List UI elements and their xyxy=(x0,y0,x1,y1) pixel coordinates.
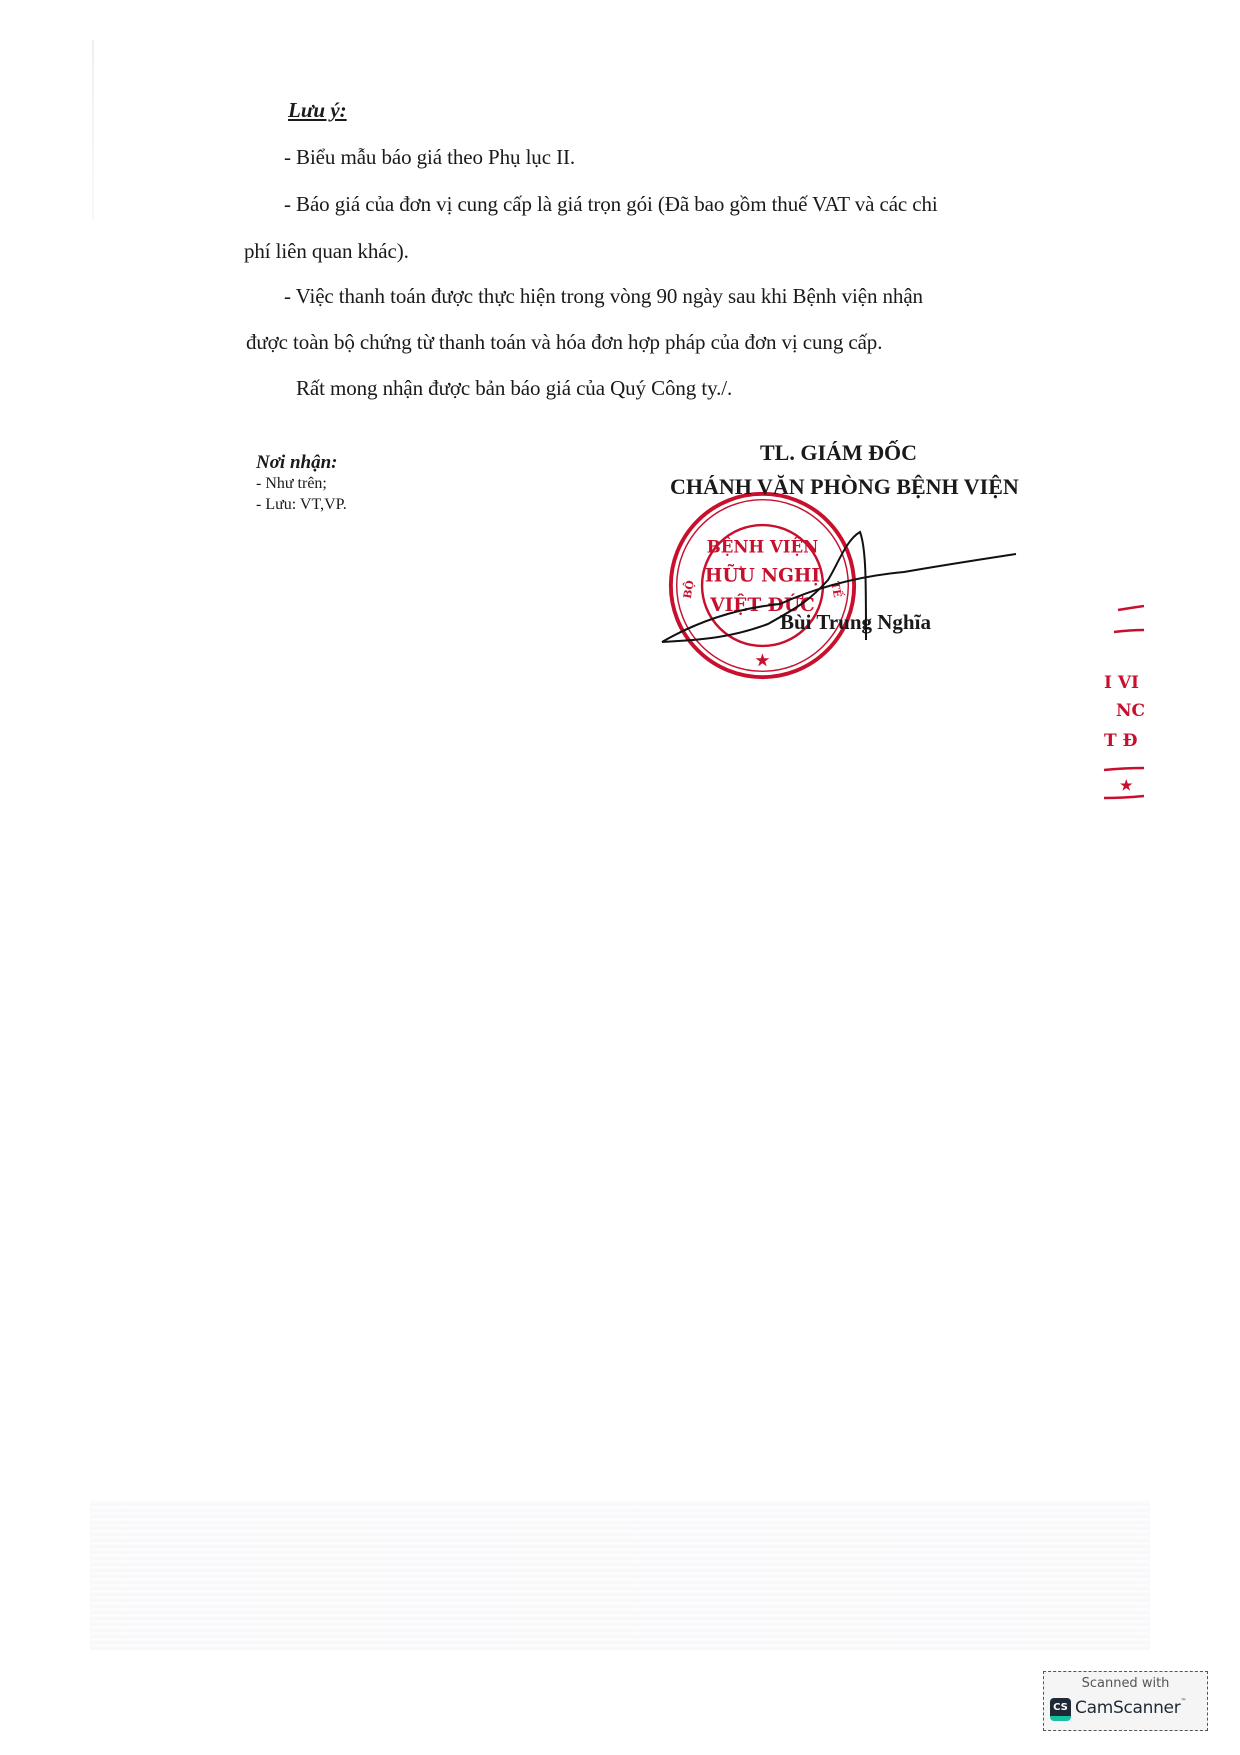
note-item: - Báo giá của đơn vị cung cấp là giá trọ… xyxy=(284,192,938,217)
partial-stamp-text: T Đ xyxy=(1104,731,1138,751)
note-item-continued: phí liên quan khác). xyxy=(244,239,409,264)
signature-title-line2: CHÁNH VĂN PHÒNG BỆNH VIỆN xyxy=(670,474,1019,500)
faded-scan-area xyxy=(90,1500,1150,1650)
camscanner-logo-icon: CS xyxy=(1050,1698,1071,1721)
camscanner-watermark: Scanned with CS CamScanner™ xyxy=(1043,1671,1208,1731)
partial-stamp-text: NC xyxy=(1116,701,1144,721)
brand-name: CamScanner xyxy=(1075,1698,1180,1718)
watermark-caption: Scanned with xyxy=(1044,1676,1207,1691)
stamp-star-icon: ★ xyxy=(756,650,771,669)
recipients-title: Nơi nhận: xyxy=(256,452,347,473)
recipient-item: - Như trên; xyxy=(256,473,347,494)
partial-stamp-star-icon: ★ xyxy=(1120,778,1133,794)
recipient-item: - Lưu: VT,VP. xyxy=(256,494,347,515)
note-item-continued: được toàn bộ chứng từ thanh toán và hóa … xyxy=(246,330,882,355)
note-item: - Việc thanh toán được thực hiện trong v… xyxy=(284,284,923,309)
notes-title: Lưu ý: xyxy=(288,98,347,123)
handwritten-signature xyxy=(660,520,1020,650)
watermark-brand: CamScanner™ xyxy=(1075,1698,1186,1718)
closing-sentence: Rất mong nhận được bản báo giá của Quý C… xyxy=(296,376,732,401)
partial-stamp-edge: I VI NC T Đ ★ xyxy=(1100,590,1144,800)
partial-stamp-text: I VI xyxy=(1104,673,1139,693)
note-item: - Biểu mẫu báo giá theo Phụ lục II. xyxy=(284,145,575,170)
scan-edge-artifact xyxy=(92,40,94,220)
recipients-section: Nơi nhận: - Như trên; - Lưu: VT,VP. xyxy=(256,452,347,515)
signature-title-line1: TL. GIÁM ĐỐC xyxy=(660,440,1080,466)
trademark-mark: ™ xyxy=(1180,1698,1186,1705)
